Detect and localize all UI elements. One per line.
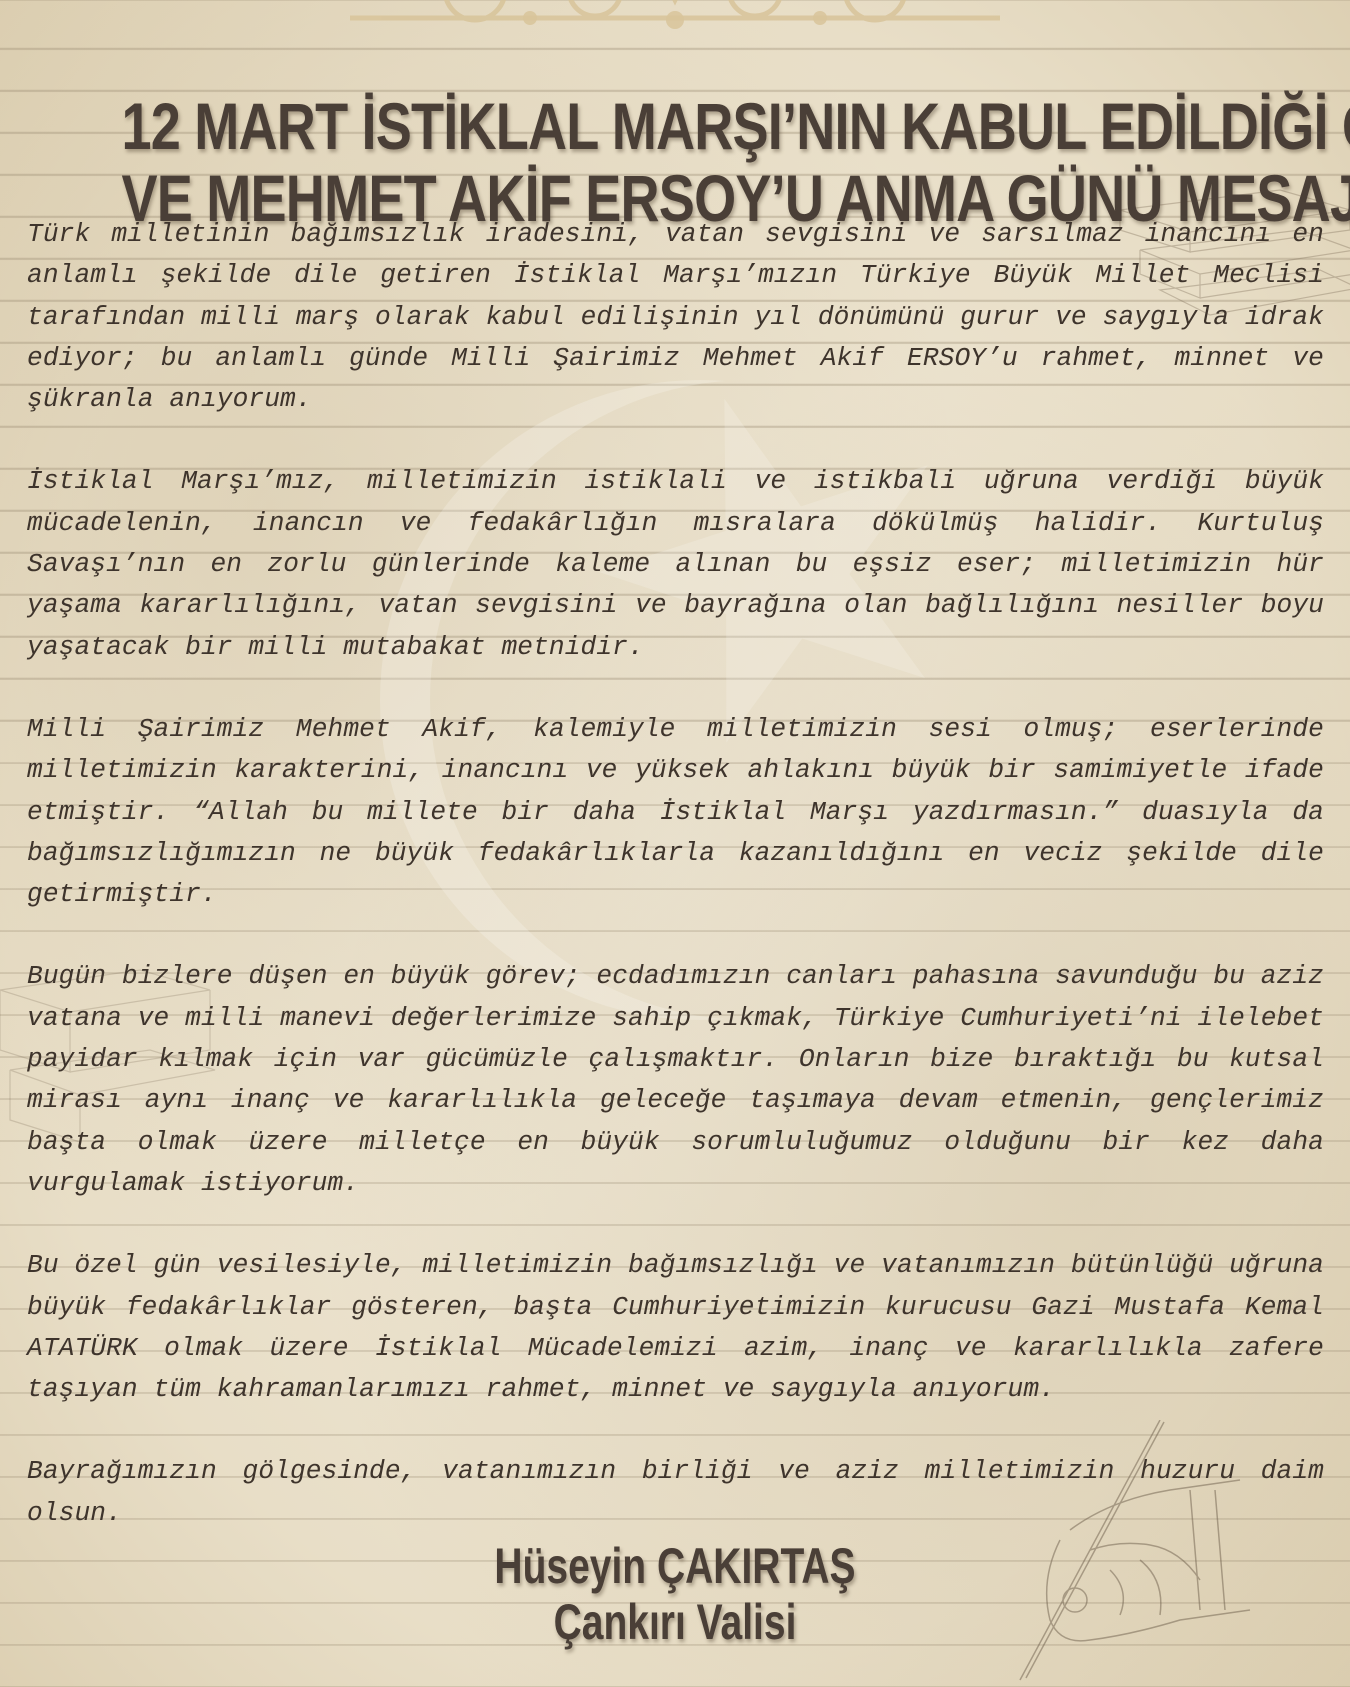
- title-line-1: 12 MART İSTİKLAL MARŞI’NIN KABUL EDİLDİĞ…: [122, 90, 1229, 162]
- paragraph-4: Bugün bizlere düşen en büyük görev; ecda…: [27, 956, 1324, 1204]
- paragraph-1: Türk milletinin bağımsızlık iradesini, v…: [27, 214, 1324, 420]
- flourish-ornament-icon: [330, 0, 1020, 30]
- paragraph-2: İstiklal Marşı’mız, milletimizin istikla…: [27, 461, 1324, 667]
- paragraph-6: Bayrağımızın gölgesinde, vatanımızın bir…: [27, 1451, 1324, 1534]
- paragraph-5: Bu özel gün vesilesiyle, milletimizin ba…: [27, 1245, 1324, 1410]
- paragraph-3: Milli Şairimiz Mehmet Akif, kalemiyle mi…: [27, 709, 1324, 915]
- signature-block: Hüseyin ÇAKIRTAŞ Çankırı Valisi: [149, 1538, 1202, 1650]
- signatory-name: Hüseyin ÇAKIRTAŞ: [149, 1538, 1202, 1594]
- signatory-title: Çankırı Valisi: [149, 1594, 1202, 1650]
- message-body: Türk milletinin bağımsızlık iradesini, v…: [27, 214, 1324, 1575]
- page-title: 12 MART İSTİKLAL MARŞI’NIN KABUL EDİLDİĞ…: [122, 90, 1229, 234]
